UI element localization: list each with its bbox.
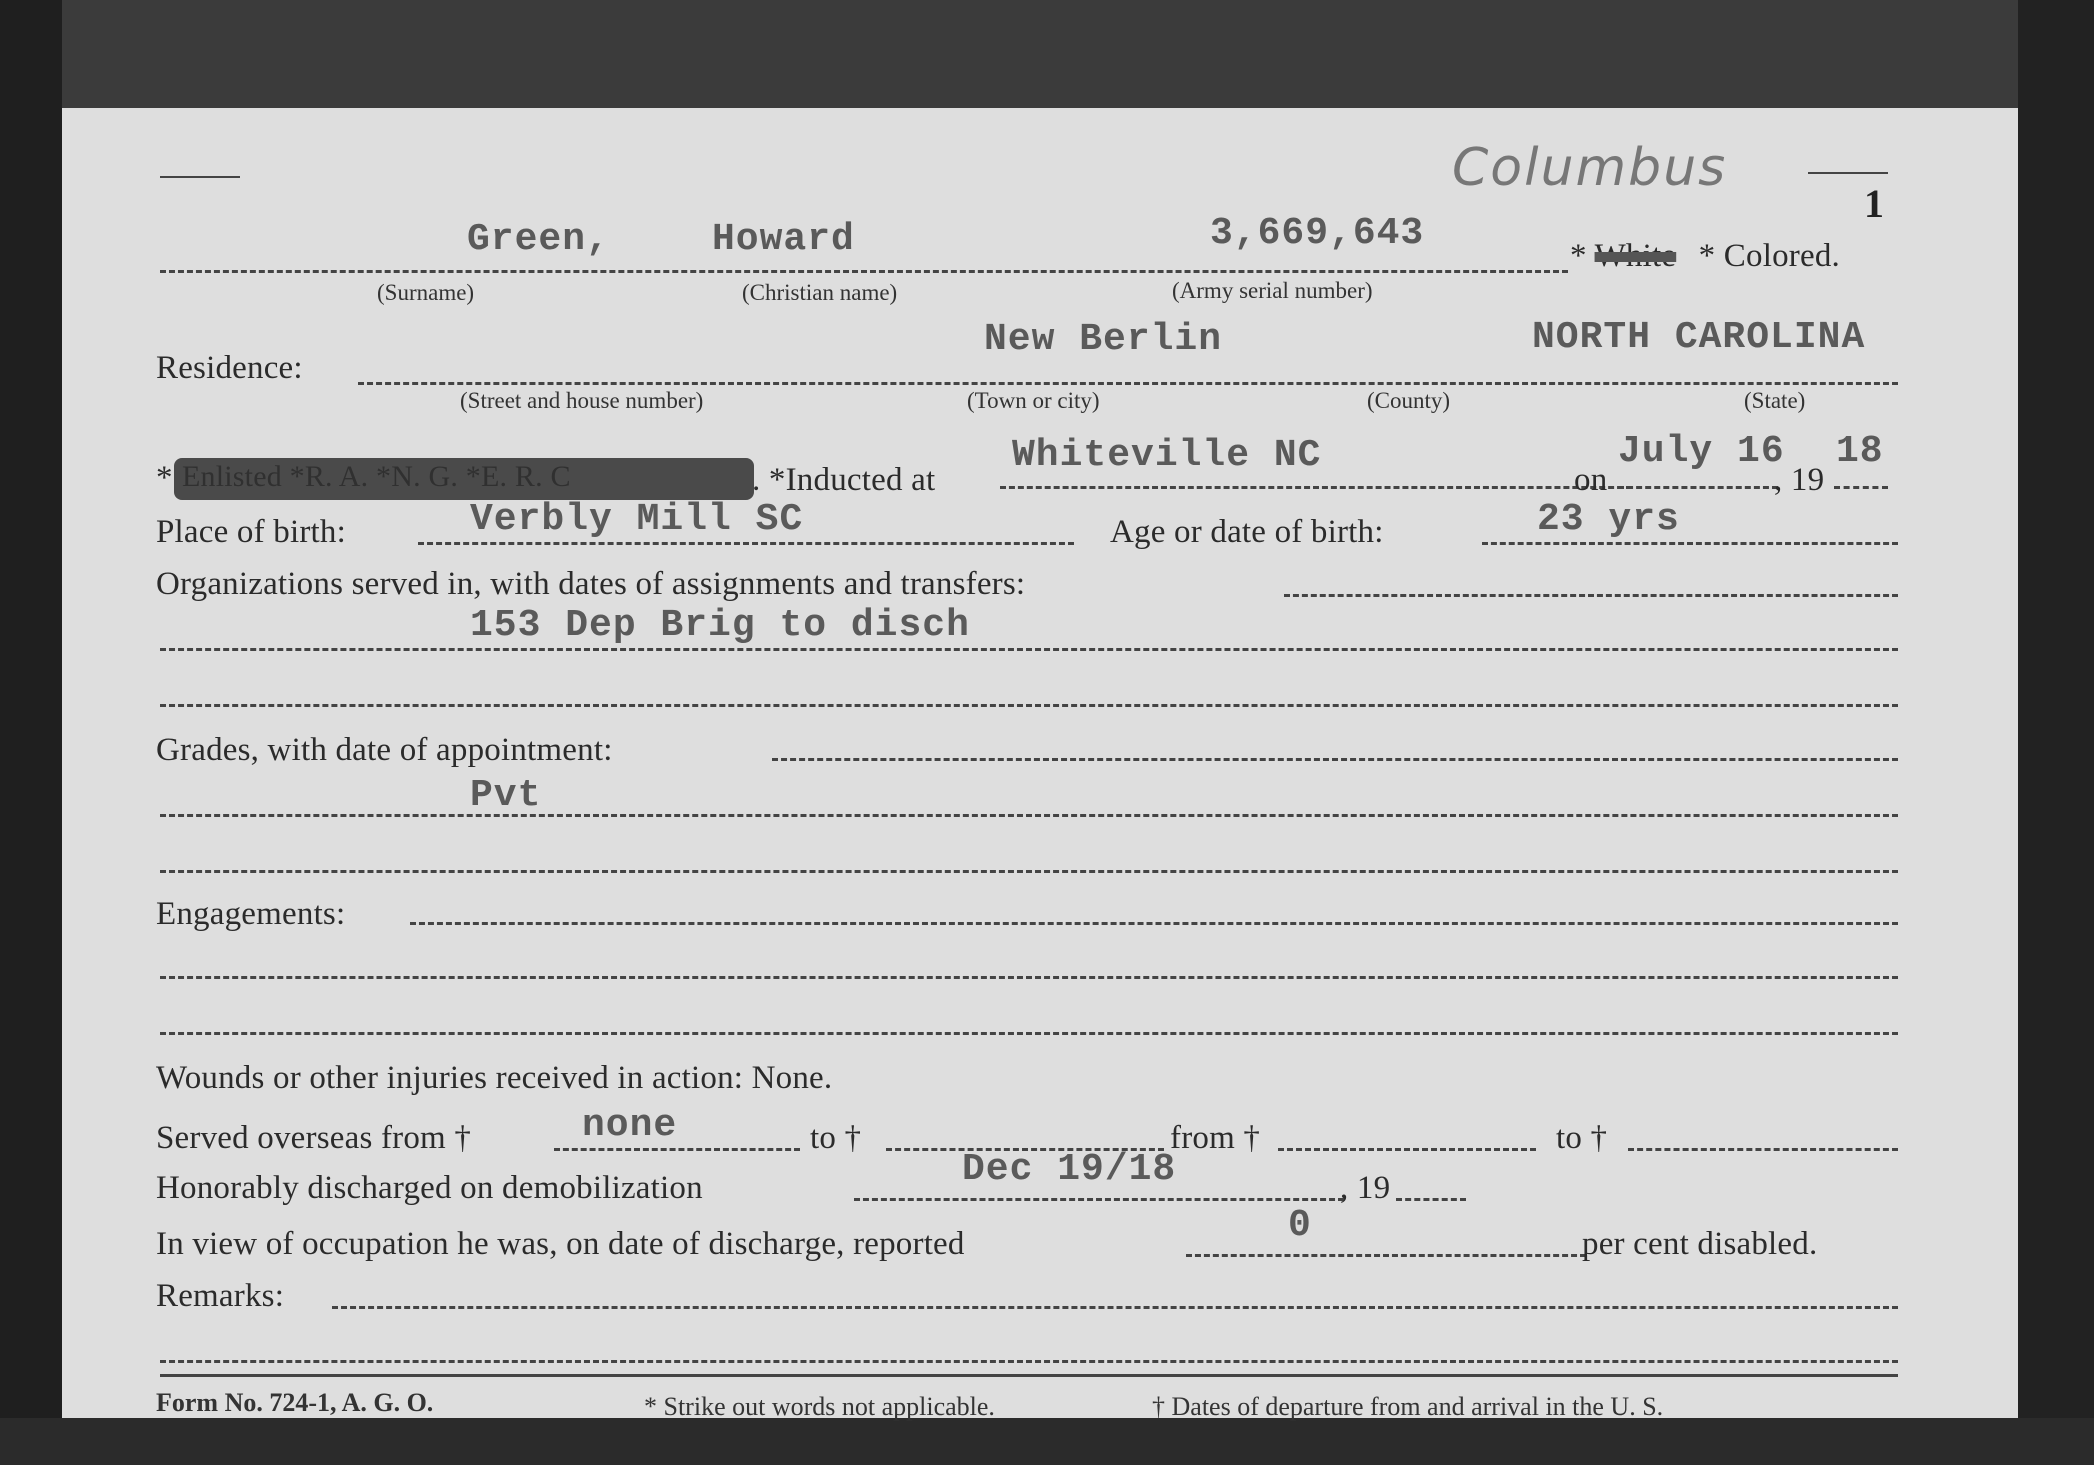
engagements-line-1 bbox=[410, 922, 1898, 925]
disability-label: In view of occupation he was, on date of… bbox=[156, 1226, 965, 1263]
disability-value: 0 bbox=[1288, 1204, 1312, 1247]
residence-label: Residence: bbox=[156, 350, 303, 387]
overseas-from-value: none bbox=[582, 1104, 677, 1147]
residence-town-value: New Berlin bbox=[984, 318, 1222, 361]
white-asterisk: * bbox=[1570, 238, 1587, 274]
remarks-line-2 bbox=[160, 1360, 1898, 1363]
overseas-from-line bbox=[554, 1148, 800, 1151]
organizations-label: Organizations served in, with dates of a… bbox=[156, 566, 1025, 603]
grades-label: Grades, with date of appointment: bbox=[156, 732, 613, 769]
strike-out-note: * Strike out words not applicable. bbox=[644, 1392, 995, 1422]
disability-suffix: per cent disabled. bbox=[1582, 1226, 1817, 1263]
wounds-label: Wounds or other injuries received in act… bbox=[156, 1060, 832, 1097]
grades-value: Pvt bbox=[470, 774, 541, 817]
organizations-value: 153 Dep Brig to disch bbox=[470, 604, 970, 647]
serial-number-caption: (Army serial number) bbox=[1172, 278, 1373, 304]
discharge-year-prefix: , 19 bbox=[1340, 1170, 1390, 1207]
overseas-to2-line bbox=[1628, 1148, 1898, 1151]
organizations-line-3 bbox=[160, 704, 1898, 707]
scanner-background-bottom bbox=[0, 1418, 2094, 1465]
disability-line bbox=[1186, 1254, 1586, 1257]
serial-number-value: 3,669,643 bbox=[1210, 212, 1424, 255]
overseas-from2-line bbox=[1278, 1148, 1536, 1151]
card-number: 1 bbox=[1864, 180, 1884, 227]
overseas-from2-label: from † bbox=[1170, 1120, 1260, 1157]
induction-year-line bbox=[1834, 486, 1888, 489]
residence-line bbox=[358, 382, 1898, 385]
inducted-line bbox=[1000, 486, 1632, 489]
engagements-line-3 bbox=[160, 1032, 1898, 1035]
inducted-label: . *Inducted at bbox=[752, 462, 935, 499]
residence-state-value: NORTH CAROLINA bbox=[1532, 316, 1865, 359]
name-line bbox=[160, 270, 1568, 273]
top-left-rule bbox=[160, 176, 240, 178]
scanner-background-right bbox=[2018, 0, 2094, 1465]
place-of-birth-value: Verbly Mill SC bbox=[470, 498, 803, 541]
remarks-line-1 bbox=[332, 1306, 1898, 1309]
organizations-line-2 bbox=[160, 648, 1898, 651]
induction-year-value: 18 bbox=[1836, 430, 1884, 473]
grades-line-3 bbox=[160, 870, 1898, 873]
surname-value: Green, bbox=[467, 218, 610, 261]
discharge-year-line bbox=[1396, 1198, 1466, 1201]
enlistment-asterisk: * bbox=[156, 460, 173, 497]
enlistment-options-struck: Enlisted *R. A. *N. G. *E. R. C bbox=[182, 460, 571, 494]
discharge-label: Honorably discharged on demobilization bbox=[156, 1170, 703, 1207]
scanner-background-left bbox=[0, 0, 62, 1465]
town-caption: (Town or city) bbox=[967, 388, 1100, 414]
state-caption: (State) bbox=[1744, 388, 1805, 414]
surname-caption: (Surname) bbox=[377, 280, 474, 306]
race-options: * White * Colored. bbox=[1570, 238, 1840, 275]
induction-date-value: July 16 bbox=[1618, 430, 1785, 473]
engagements-label: Engagements: bbox=[156, 896, 345, 933]
engagements-line-2 bbox=[160, 976, 1898, 979]
service-record-card: Columbus 1 Green, Howard 3,669,643 * Whi… bbox=[62, 108, 2018, 1418]
grades-line-2 bbox=[160, 814, 1898, 817]
dates-note: † Dates of departure from and arrival in… bbox=[1152, 1392, 1663, 1422]
place-of-birth-label: Place of birth: bbox=[156, 514, 346, 551]
colored-option: * Colored. bbox=[1699, 238, 1840, 274]
induction-date-line bbox=[1618, 486, 1778, 489]
form-number: Form No. 724-1, A. G. O. bbox=[156, 1388, 433, 1418]
age-value: 23 yrs bbox=[1537, 498, 1680, 541]
age-label: Age or date of birth: bbox=[1110, 514, 1384, 551]
age-line bbox=[1482, 542, 1898, 545]
county-caption: (County) bbox=[1367, 388, 1450, 414]
organizations-line-1 bbox=[1284, 594, 1898, 597]
discharge-date-line bbox=[854, 1198, 1344, 1201]
overseas-to-label: to † bbox=[810, 1120, 861, 1157]
inducted-at-value: Whiteville NC bbox=[1012, 434, 1321, 477]
year-prefix: , 19 bbox=[1774, 462, 1824, 499]
discharge-date-value: Dec 19/18 bbox=[962, 1148, 1176, 1191]
handwritten-county-note: Columbus bbox=[1452, 138, 1727, 198]
christian-name-caption: (Christian name) bbox=[742, 280, 897, 306]
footer-rule bbox=[160, 1374, 1898, 1377]
christian-name-value: Howard bbox=[712, 218, 855, 261]
white-option-struck: White bbox=[1595, 238, 1677, 274]
place-of-birth-line bbox=[418, 542, 1074, 545]
grades-line-1 bbox=[772, 758, 1898, 761]
on-label: on bbox=[1574, 462, 1607, 499]
overseas-from-label: Served overseas from † bbox=[156, 1120, 471, 1157]
top-right-rule bbox=[1808, 172, 1888, 174]
overseas-to2-label: to † bbox=[1556, 1120, 1607, 1157]
remarks-label: Remarks: bbox=[156, 1278, 284, 1315]
street-caption: (Street and house number) bbox=[460, 388, 703, 414]
